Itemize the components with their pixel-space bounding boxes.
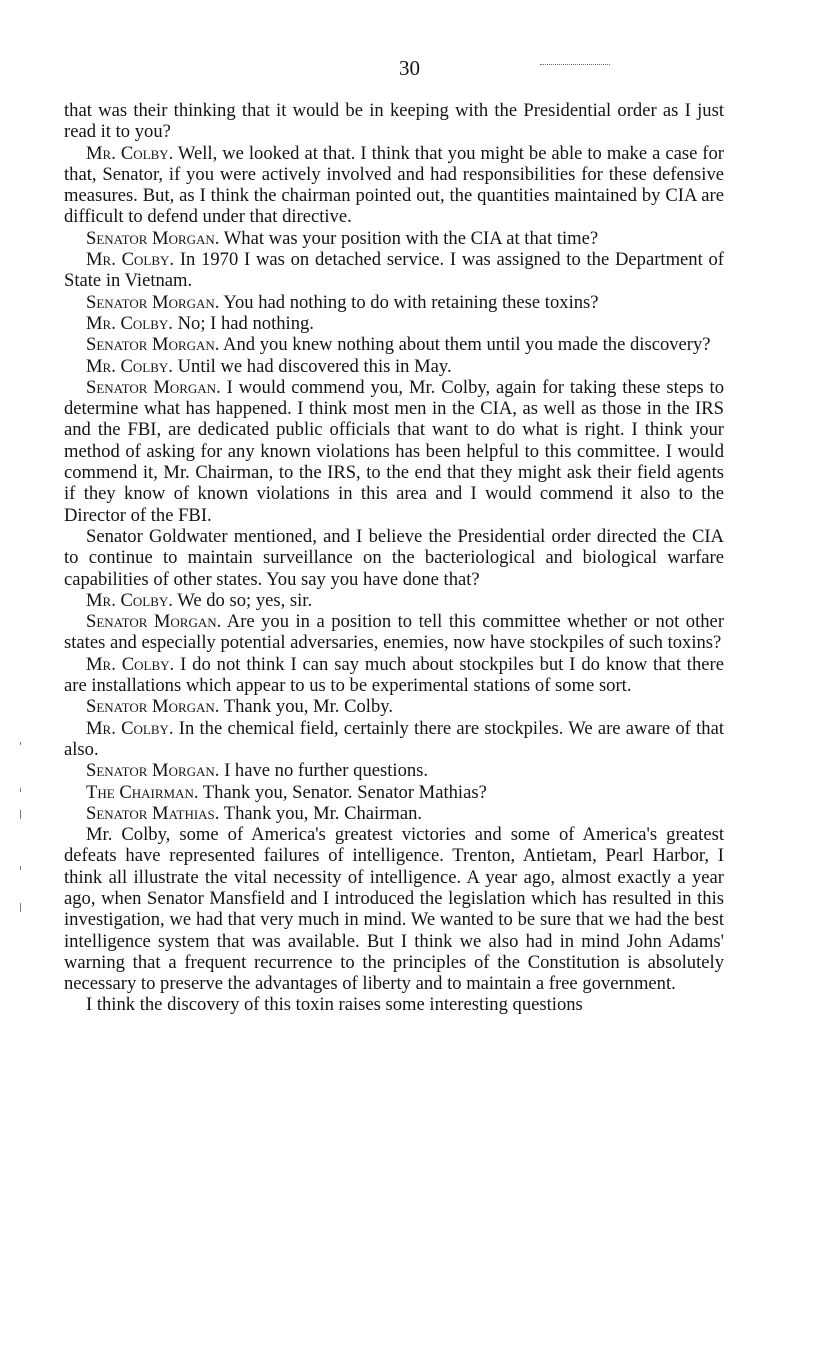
speaker: Mr. Colby. [86, 356, 173, 377]
margin-mark [20, 810, 21, 819]
paragraph-text: What was your position with the CIA at t… [219, 228, 598, 249]
paragraph-text: Senator Goldwater mentioned, and I belie… [64, 526, 724, 590]
paragraph: Mr. Colby. Well, we looked at that. I th… [64, 143, 724, 228]
paragraph: Mr. Colby. In the chemical field, certai… [64, 718, 724, 761]
paragraph: Senator Morgan. What was your position w… [64, 228, 724, 249]
paragraph: that was their thinking that it would be… [64, 100, 724, 143]
paragraph: Mr. Colby. In 1970 I was on detached ser… [64, 249, 724, 292]
paragraph-text: Thank you, Mr. Chairman. [219, 803, 422, 824]
paragraph: I think the discovery of this toxin rais… [64, 994, 724, 1015]
margin-mark [20, 742, 21, 745]
paragraph-text: I have no further questions. [219, 760, 428, 781]
speaker: Senator Mathias. [86, 803, 219, 824]
margin-mark [20, 866, 21, 870]
margin-mark [20, 788, 21, 792]
paragraph: Senator Morgan. You had nothing to do wi… [64, 292, 724, 313]
paragraph-text: And you knew nothing about them until yo… [219, 334, 710, 355]
paragraph-text: We do so; yes, sir. [173, 590, 312, 611]
speaker: Mr. Colby. [86, 313, 173, 334]
speaker: Mr. Colby. [86, 143, 173, 164]
paragraph-text: I would commend you, Mr. Colby, again fo… [64, 377, 724, 526]
scan-artifact-dots [540, 60, 610, 65]
paragraph-text: Until we had discovered this in May. [173, 356, 452, 377]
paragraph: Senator Morgan. I would commend you, Mr.… [64, 377, 724, 526]
speaker: Senator Morgan. [86, 611, 221, 632]
paragraph: The Chairman. Thank you, Senator. Senato… [64, 782, 724, 803]
speaker: Senator Morgan. [86, 228, 219, 249]
paragraph: Senator Morgan. And you knew nothing abo… [64, 334, 724, 355]
paragraph-text: You had nothing to do with retaining the… [219, 292, 598, 313]
speaker: Senator Morgan. [86, 760, 219, 781]
paragraph-text: Mr. Colby, some of America's greatest vi… [64, 824, 724, 994]
speaker: Mr. Colby. [86, 249, 174, 270]
paragraph-text: I think the discovery of this toxin rais… [86, 994, 583, 1015]
speaker: Senator Morgan. [86, 377, 221, 398]
paragraph: Senator Morgan. Thank you, Mr. Colby. [64, 696, 724, 717]
paragraph: Senator Goldwater mentioned, and I belie… [64, 526, 724, 590]
speaker: Senator Morgan. [86, 292, 219, 313]
paragraph-text: Thank you, Mr. Colby. [219, 696, 393, 717]
paragraph: Mr. Colby. Until we had discovered this … [64, 356, 724, 377]
paragraph: Senator Mathias. Thank you, Mr. Chairman… [64, 803, 724, 824]
margin-mark [20, 903, 21, 912]
speaker: Mr. Colby. [86, 590, 173, 611]
speaker: Senator Morgan. [86, 696, 219, 717]
paragraph: Mr. Colby. No; I had nothing. [64, 313, 724, 334]
speaker: The Chairman. [86, 782, 199, 803]
paragraph-text: Thank you, Senator. Senator Mathias? [199, 782, 487, 803]
paragraph: Mr. Colby. I do not think I can say much… [64, 654, 724, 697]
paragraph-text: that was their thinking that it would be… [64, 100, 724, 142]
paragraph: Senator Morgan. Are you in a position to… [64, 611, 724, 654]
speaker: Mr. Colby. [86, 718, 174, 739]
paragraph: Mr. Colby. We do so; yes, sir. [64, 590, 724, 611]
hearing-transcript: that was their thinking that it would be… [64, 100, 724, 1016]
speaker: Senator Morgan. [86, 334, 219, 355]
paragraph-text: No; I had nothing. [173, 313, 314, 334]
speaker: Mr. Colby. [86, 654, 174, 675]
paragraph: Senator Morgan. I have no further questi… [64, 760, 724, 781]
paragraph: Mr. Colby, some of America's greatest vi… [64, 824, 724, 994]
page-number: 30 [0, 56, 819, 81]
